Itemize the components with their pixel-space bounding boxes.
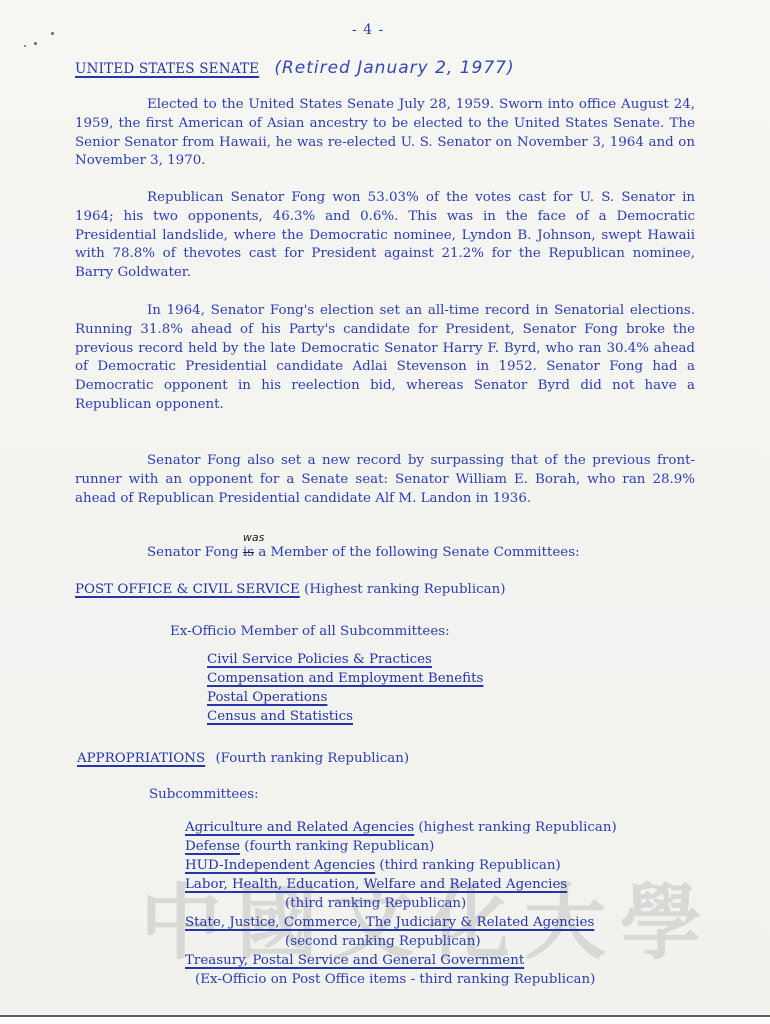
section-heading: UNITED STATES SENATE (75, 61, 259, 77)
subcommittee-item: Defense (fourth ranking Republican) (185, 837, 617, 856)
committee-name: APPROPRIATIONS (77, 751, 205, 766)
paper-speck (24, 45, 26, 47)
handwritten-annotation: (Retired January 2, 1977) (274, 58, 514, 78)
paragraph-borah-record: Senator Fong also set a new record by su… (75, 452, 695, 508)
paper-speck (51, 32, 54, 35)
subcommittee-item: Agriculture and Related Agencies (highes… (185, 818, 617, 837)
handwritten-correction: is was (243, 545, 254, 560)
committee-rank: (Highest ranking Republican) (304, 582, 505, 597)
committee-name: POST OFFICE & CIVIL SERVICE (75, 582, 300, 597)
committee-post-office: POST OFFICE & CIVIL SERVICE (Highest ran… (75, 582, 505, 597)
paragraph-vote-share: Republican Senator Fong won 53.03% of th… (75, 189, 695, 283)
subcommittee-item: Treasury, Postal Service and General Gov… (185, 951, 617, 970)
subcommittee-item: Labor, Health, Education, Welfare and Re… (185, 875, 617, 894)
subcommittee-item: Compensation and Employment Benefits (207, 669, 483, 688)
subcommittee-item: Postal Operations (207, 688, 483, 707)
subcommittee-note: (second ranking Republican) (185, 932, 617, 951)
page-number: - 4 - (352, 22, 384, 38)
subcommittee-list-post-office: Civil Service Policies & Practices Compe… (207, 650, 483, 726)
heading-row: UNITED STATES SENATE (Retired January 2,… (75, 58, 515, 78)
subcommittee-note: (third ranking Republican) (185, 894, 617, 913)
subcommittee-item: Census and Statistics (207, 707, 483, 726)
subcommittee-item: State, Justice, Commerce, The Judiciary … (185, 913, 617, 932)
document-page: 中國文化大學 - 4 - UNITED STATES SENATE (Retir… (0, 0, 770, 1014)
paragraph-election: Elected to the United States Senate July… (75, 96, 695, 171)
subcommittee-item: Civil Service Policies & Practices (207, 650, 483, 669)
committee-appropriations: APPROPRIATIONS (Fourth ranking Republica… (77, 751, 409, 766)
subcommittee-item: HUD-Independent Agencies (third ranking … (185, 856, 617, 875)
committee-rank: (Fourth ranking Republican) (215, 751, 409, 766)
subcommittee-list-appropriations: Agriculture and Related Agencies (highes… (185, 818, 617, 989)
subcommittee-label: Subcommittees: (149, 787, 259, 802)
page-edge (0, 1015, 770, 1024)
committees-intro: Senator Fong is was a Member of the foll… (147, 545, 580, 560)
paper-speck (34, 42, 37, 45)
subcommittee-note: (Ex-Officio on Post Office items - third… (185, 970, 617, 989)
paragraph-record: In 1964, Senator Fong's election set an … (75, 302, 695, 415)
subcommittee-label: Ex-Officio Member of all Subcommittees: (170, 624, 450, 639)
